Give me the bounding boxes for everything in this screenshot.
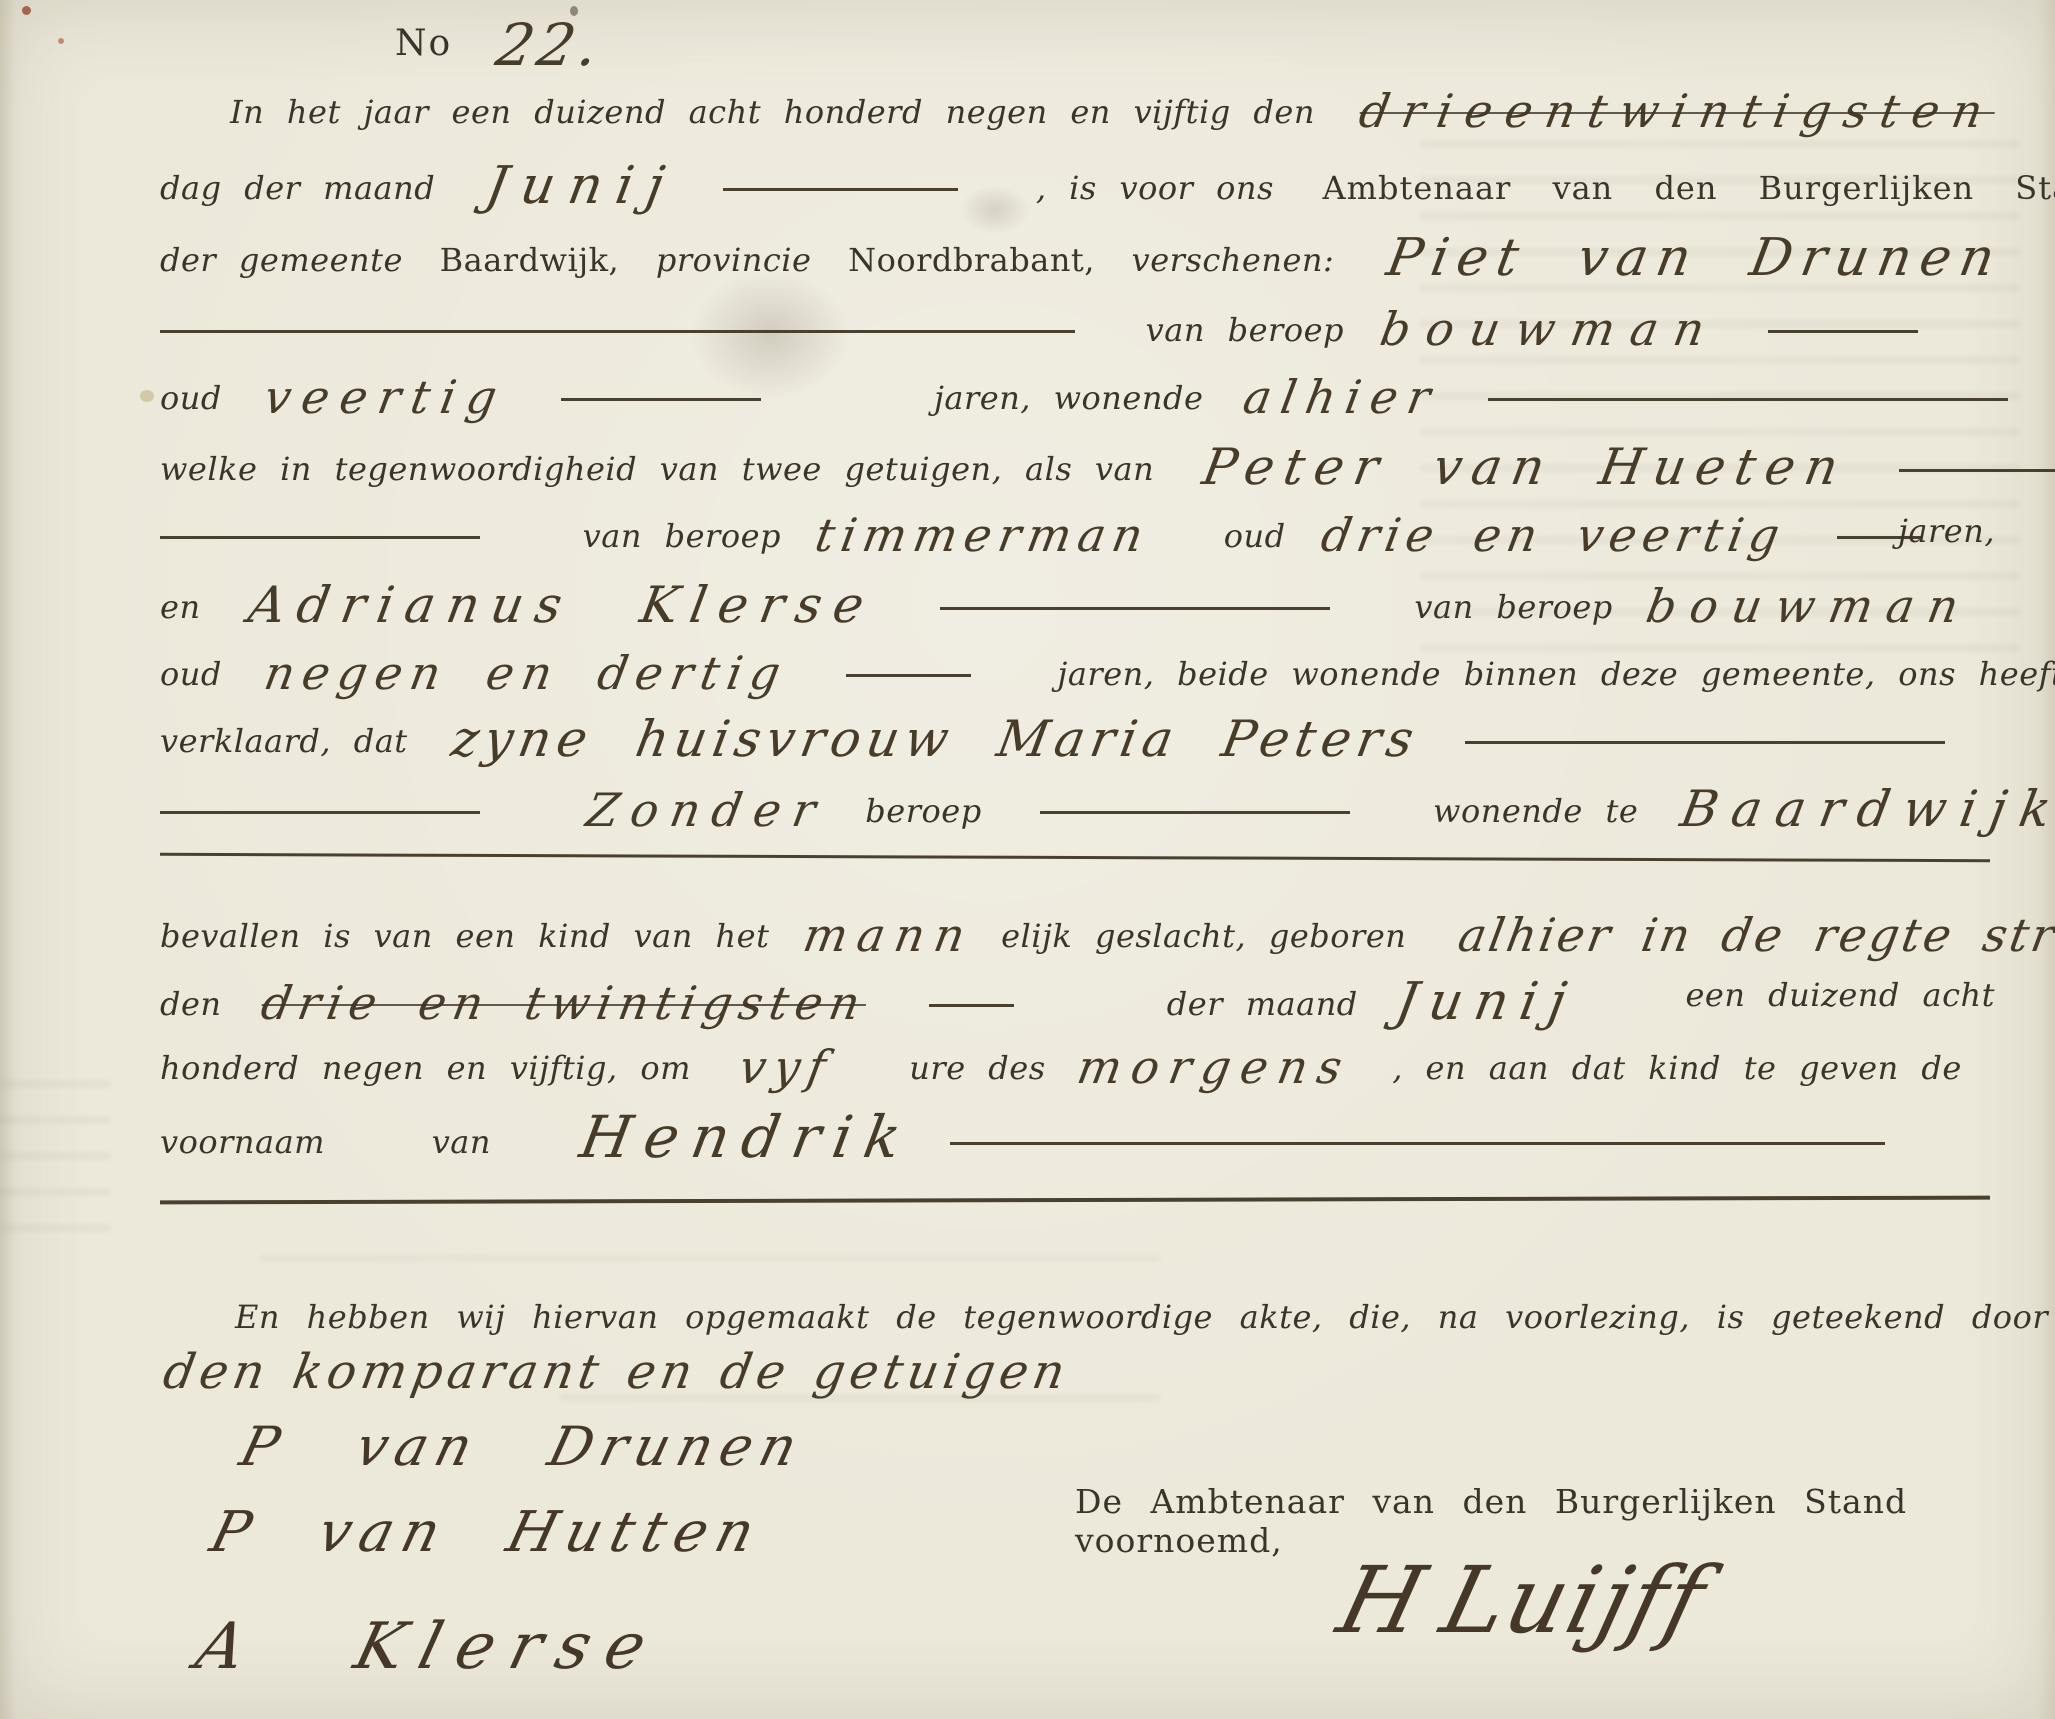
closing-statement: En hebben wij hiervan opgemaakt de tegen… [160,1298,2055,1336]
handwritten-closing: den komparant en de getuigen [160,1348,1073,1396]
printed-text: van beroep [1146,311,1344,349]
closing-handwritten: den komparant en de getuigen [160,1348,1995,1396]
paper-speck [22,6,31,15]
blank-line [929,1002,1014,1007]
blank-line [160,328,1075,333]
printed-text: oud [1224,517,1286,555]
blank-line [1768,328,1918,333]
handwritten-mother-name: zyne huisvrouw Maria Peters [448,714,1423,764]
act-number: No 22. [395,16,596,74]
section-rule [160,853,1990,862]
printed-text: oud [160,655,222,693]
printed-text: der gemeente [160,241,403,279]
printed-text: verklaard, dat [160,722,408,760]
printed-text: dag der maand [160,169,435,207]
form-line-first-name: voornaam van Hendrik [160,1108,1995,1166]
form-line-birth-time: honderd negen en vijftig, om vyf ure des… [160,1044,1995,1090]
printed-text: verschenen: [1132,241,1335,279]
blank-line [561,396,761,401]
form-line-month: dag der maand Junij , is voor ons Ambten… [160,160,1995,212]
handwritten-witness1-occupation: timmerman [812,512,1153,558]
blank-line [1040,809,1350,814]
handwritten-mother-occupation: Zonder [583,787,831,833]
birth-certificate-scan: No 22. In het jaar een duizend acht hond… [0,0,2055,1719]
form-line-birth-date: den drie en twintigsten der maand Junij … [160,976,1995,1028]
handwritten-declarant-name: Piet van Drunen [1383,232,2007,284]
act-number-value: 22. [492,16,606,74]
blank-line [1465,739,1945,744]
handwritten-birth-hour: vyf [736,1044,837,1090]
printed-province: Noordbrabant, [848,241,1095,279]
handwritten-birth-day: drie en twintigsten [258,980,870,1026]
paper-speck [140,390,154,402]
signature-witness1: P van Hutten [205,1505,768,1561]
printed-text: en [160,588,201,626]
blank-line [1899,467,2055,472]
blank-line [1488,396,2008,401]
handwritten-birthplace: alhier in de regte straat [1455,912,2055,958]
form-line-witness2-age: oud negen en dertig jaren, beide wonende… [160,650,1995,696]
printed-text: In het jaar een duizend acht honderd neg… [230,93,1315,131]
handwritten-witness2-occupation: bouwman [1643,583,1976,629]
printed-text: honderd negen en vijftig, om [160,1049,691,1087]
blank-line [950,1140,1885,1145]
printed-text: voornaam [160,1123,325,1161]
printed-text: jaren, beide wonende binnen deze gemeent… [1057,655,2055,693]
printed-text: een duizend acht [1685,976,1995,1014]
act-number-label: No [395,23,452,64]
printed-text: van beroep [1414,588,1612,626]
form-line-birth: bevallen is van een kind van het mann el… [160,912,1995,958]
form-line-mother: verklaard, dat zyne huisvrouw Maria Pete… [160,714,1995,764]
form-line-year: In het jaar een duizend acht honderd neg… [160,88,2055,134]
printed-text: oud [160,379,222,417]
printed-text: der maand [1167,985,1358,1023]
printed-text: beroep [865,792,981,830]
signature-official: H Luijff [1330,1555,1715,1647]
printed-text: van beroep [583,517,781,555]
form-line-witness1-details: van beroep timmerman oud drie en veertig… [160,512,1995,558]
handwritten-gender: mann [800,912,978,958]
printed-text: provincie [656,241,812,279]
signature-declarant: P van Drunen [235,1420,810,1474]
handwritten-age: veertig [261,374,511,420]
printed-text: welke in tegenwoordigheid van twee getui… [160,450,1154,488]
handwritten-occupation: bouwman [1377,306,1724,352]
form-line-occupation-declarant: van beroep bouwman [160,306,1995,352]
form-line-municipality: der gemeente Baardwijk, provincie Noordb… [160,232,1995,284]
signature-witness2: A Klerse [190,1615,668,1679]
printed-text: , en aan dat kind te geven de [1392,1049,1962,1087]
form-line-witness1: welke in tegenwoordigheid van twee getui… [160,442,1995,492]
printed-text: Ambtenaar van den Burgerlijken Stand, [1323,169,2055,207]
printed-municipality: Baardwijk, [440,241,620,279]
handwritten-residence: alhier [1240,374,1444,420]
handwritten-mother-residence: Baardwijk [1677,784,2055,834]
form-line-witness2: en Adrianus Klerse van beroep bouwman [160,580,1995,630]
blank-line [160,809,480,814]
printed-text: jaren, wonende [934,379,1203,417]
blank-line [846,672,971,677]
bleed-through [0,1060,110,1260]
handwritten-witness2-name: Adrianus Klerse [245,580,880,630]
handwritten-witness1-name: Peter van Hueten [1199,442,1852,492]
printed-text: jaren, [1898,512,1995,550]
printed-text: ure des [909,1049,1045,1087]
blank-line [723,186,958,191]
paper-speck [58,38,64,44]
blank-line [160,534,480,539]
printed-text: wonende te [1433,792,1638,830]
bleed-through [260,1230,1160,1290]
handwritten-witness1-age: drie en veertig [1318,512,1789,558]
handwritten-day-ordinal: drieentwintigsten [1356,88,1999,134]
printed-text: En hebben wij hiervan opgemaakt de tegen… [235,1298,2055,1336]
printed-text: den [160,985,222,1023]
blank-line [940,605,1330,610]
section-rule [160,1196,1990,1205]
handwritten-time-of-day: morgens [1074,1044,1355,1090]
handwritten-month: Junij [482,160,682,212]
form-line-mother-occupation: Zonder beroep wonende te Baardwijk [160,784,1995,834]
handwritten-child-name: Hendrik [576,1108,918,1166]
printed-text: , is voor ons [1036,169,1274,207]
form-line-age-declarant: oud veertig jaren, wonende alhier [160,374,1995,420]
printed-text: elijk geslacht, geboren [1001,917,1406,955]
handwritten-birth-month: Junij [1392,976,1582,1028]
printed-text: van [432,1123,491,1161]
handwritten-witness2-age: negen en dertig [261,650,792,696]
printed-text: bevallen is van een kind van het [160,917,769,955]
